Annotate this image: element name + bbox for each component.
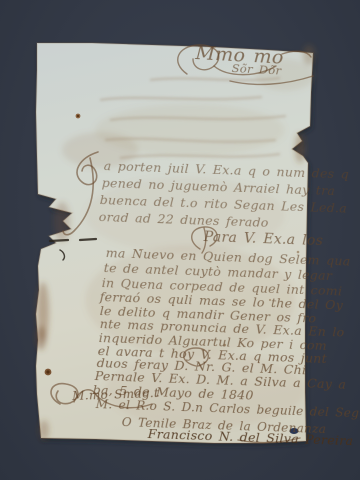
blue-ink-blot [290, 428, 299, 434]
photograph-of-manuscript: Mmo mo Sõr Dõr a porten juil V. Ex.a q o… [0, 0, 360, 480]
manuscript-paper-graphic [0, 0, 360, 480]
